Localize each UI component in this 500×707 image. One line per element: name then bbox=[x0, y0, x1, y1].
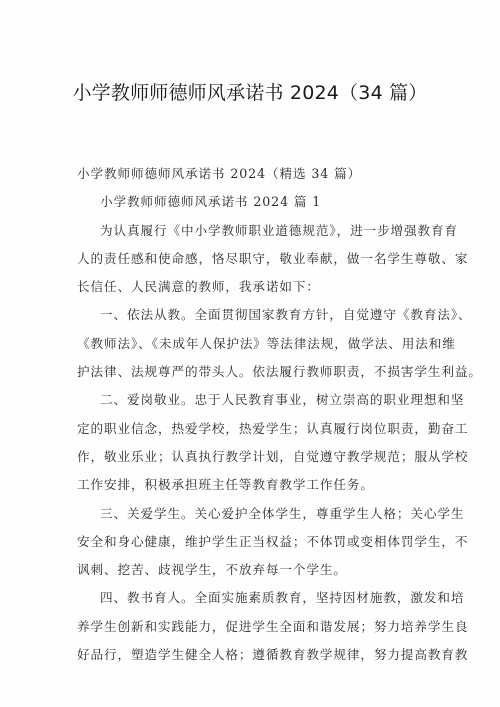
paragraph-line: 作，敬业乐业；认真执行教学计划，自觉遵守教学规范；服从学校 bbox=[77, 443, 432, 471]
paragraph-line: 好品行，塑造学生健全人格；遵循教育教学规律，努力提高教育教 bbox=[77, 641, 432, 669]
paragraph-line: 定的职业信念，热爱学校，热爱学生；认真履行岗位职责，勤奋工 bbox=[77, 415, 432, 443]
paragraph-line: 一、依法从教。全面贯彻国家教育方针，自觉遵守《教育法》、 bbox=[77, 301, 432, 329]
paragraph-line: 工作安排，积极承担班主任等教育教学工作任务。 bbox=[77, 471, 432, 499]
paragraph-line: 三、关爱学生。关心爱护全体学生，尊重学生人格；关心学生 bbox=[77, 500, 432, 528]
document-body: 小学教师师德师风承诺书 2024（精选 34 篇） 小学教师师德师风承诺书 20… bbox=[77, 160, 432, 669]
paragraph-line: 为认真履行《中小学教师职业道德规范》，进一步增强教育育 bbox=[77, 217, 432, 245]
document-subtitle: 小学教师师德师风承诺书 2024（精选 34 篇） bbox=[77, 160, 432, 188]
document-page: 小学教师师德师风承诺书 2024（34 篇） 小学教师师德师风承诺书 2024（… bbox=[0, 0, 500, 707]
paragraph-line: 长信任、人民满意的教师，我承诺如下： bbox=[77, 273, 432, 301]
paragraph-line: 《教师法》、《未成年人保护法》等法律法规，做学法、用法和维 bbox=[77, 330, 432, 358]
paragraph-line: 护法律、法规尊严的带头人。依法履行教师职责，不损害学生利益。 bbox=[77, 358, 432, 386]
paragraph-line: 安全和身心健康，维护学生正当权益；不体罚或变相体罚学生，不 bbox=[77, 528, 432, 556]
paragraph-line: 人的责任感和使命感，恪尽职守，敬业奉献，做一名学生尊敬、家 bbox=[77, 245, 432, 273]
document-title: 小学教师师德师风承诺书 2024（34 篇） bbox=[0, 78, 500, 105]
paragraph-line: 二、爱岗敬业。忠于人民教育事业，树立崇高的职业理想和坚 bbox=[77, 386, 432, 414]
paragraph-line: 讽刺、挖苦、歧视学生，不放弃每一个学生。 bbox=[77, 556, 432, 584]
section-heading: 小学教师师德师风承诺书 2024 篇 1 bbox=[77, 188, 432, 216]
paragraph-line: 四、教书育人。全面实施素质教育，坚持因材施教，激发和培 bbox=[77, 584, 432, 612]
paragraph-line: 养学生创新和实践能力，促进学生全面和谐发展；努力培养学生良 bbox=[77, 613, 432, 641]
